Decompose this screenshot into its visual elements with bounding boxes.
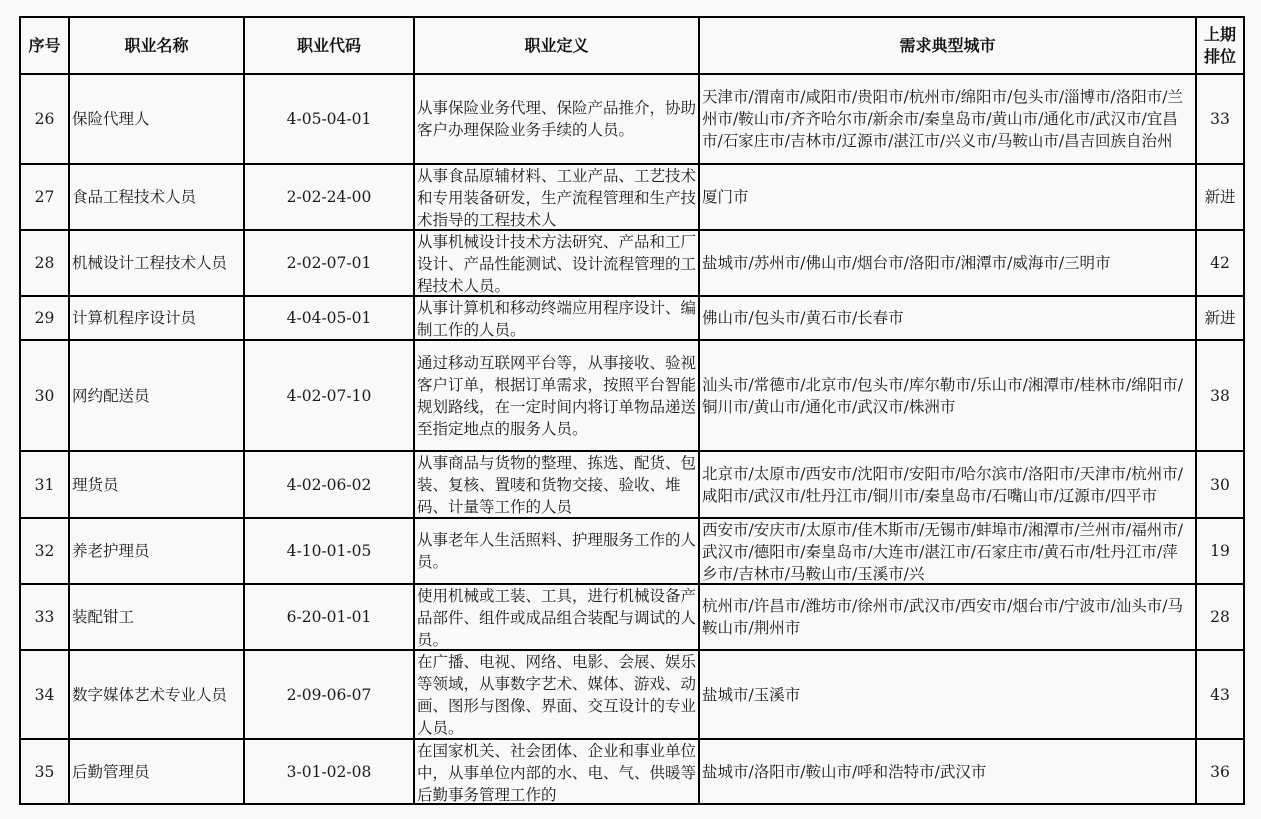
occupation-definition-cell: 从事机械设计技术方法研究、产品和工厂设计、产品性能测试、设计流程管理的工程技术人…	[414, 230, 699, 296]
typical-cities-cell: 杭州市/许昌市/潍坊市/徐州市/武汉市/西安市/烟台市/宁波市/汕头市/马鞍山市…	[699, 584, 1196, 650]
typical-cities: 杭州市/许昌市/潍坊市/徐州市/武汉市/西安市/烟台市/宁波市/汕头市/马鞍山市…	[702, 595, 1193, 639]
occupation-definition: 通过移动互联网平台等，从事接收、验视客户订单，根据订单需求，按照平台智能规划路线…	[417, 352, 696, 440]
serial-number-cell: 35	[20, 739, 69, 804]
occupation-name: 机械设计工程技术人员	[72, 254, 227, 272]
occupation-name-cell: 计算机程序设计员	[69, 296, 244, 340]
occupation-code-cell: 4-02-06-02	[244, 451, 414, 518]
serial-number-cell: 30	[20, 340, 69, 451]
previous-rank: 28	[1210, 608, 1230, 626]
occupation-name-cell: 养老护理员	[69, 518, 244, 584]
table-row: 29 计算机程序设计员 4-04-05-01 从事计算机和移动终端应用程序设计、…	[20, 296, 1244, 340]
occupation-definition-cell: 从事计算机和移动终端应用程序设计、编制工作的人员。	[414, 296, 699, 340]
occupation-definition: 从事食品原辅材料、工业产品、工艺技术和专用装备研发，生产流程管理和生产技术指导的…	[417, 165, 696, 229]
table-body: 26 保险代理人 4-05-04-01 从事保险业务代理、保险产品推介，协助客户…	[20, 74, 1244, 804]
header-previous-rank: 上期排位	[1196, 17, 1244, 74]
occupation-code: 4-05-04-01	[287, 110, 372, 128]
typical-cities: 盐城市/洛阳市/鞍山市/呼和浩特市/武汉市	[702, 761, 1193, 783]
serial-number: 34	[35, 686, 55, 704]
occupation-definition: 在国家机关、社会团体、企业和事业单位中，从事单位内部的水、电、气、供暖等后勤事务…	[417, 740, 696, 803]
occupation-code: 4-10-01-05	[287, 542, 372, 560]
typical-cities: 盐城市/苏州市/佛山市/烟台市/洛阳市/湘潭市/威海市/三明市	[702, 252, 1193, 274]
typical-cities: 厦门市	[702, 186, 1193, 208]
occupation-demand-table-page: 序号 职业名称 职业代码 职业定义 需求典型城市 上期排位 26 保险代理人 4…	[19, 16, 1245, 805]
occupation-name-cell: 保险代理人	[69, 74, 244, 164]
table-row: 32 养老护理员 4-10-01-05 从事老年人生活照料、护理服务工作的人员。…	[20, 518, 1244, 584]
occupation-code-cell: 2-02-07-01	[244, 230, 414, 296]
table-row: 26 保险代理人 4-05-04-01 从事保险业务代理、保险产品推介，协助客户…	[20, 74, 1244, 164]
occupation-name-cell: 装配钳工	[69, 584, 244, 650]
table-row: 27 食品工程技术人员 2-02-24-00 从事食品原辅材料、工业产品、工艺技…	[20, 164, 1244, 230]
serial-number: 35	[35, 763, 55, 781]
occupation-name-cell: 机械设计工程技术人员	[69, 230, 244, 296]
serial-number-cell: 28	[20, 230, 69, 296]
occupation-definition-cell: 从事食品原辅材料、工业产品、工艺技术和专用装备研发，生产流程管理和生产技术指导的…	[414, 164, 699, 230]
occupation-definition-cell: 通过移动互联网平台等，从事接收、验视客户订单，根据订单需求，按照平台智能规划路线…	[414, 340, 699, 451]
typical-cities-cell: 盐城市/玉溪市	[699, 650, 1196, 739]
typical-cities: 天津市/渭南市/咸阳市/贵阳市/杭州市/绵阳市/包头市/淄博市/洛阳市/兰州市/…	[702, 86, 1193, 152]
occupation-code-cell: 4-05-04-01	[244, 74, 414, 164]
occupation-name: 后勤管理员	[72, 763, 150, 781]
occupation-code: 3-01-02-08	[287, 763, 372, 781]
serial-number-cell: 34	[20, 650, 69, 739]
occupation-definition-cell: 在国家机关、社会团体、企业和事业单位中，从事单位内部的水、电、气、供暖等后勤事务…	[414, 739, 699, 804]
typical-cities: 汕头市/常德市/北京市/包头市/库尔勒市/乐山市/湘潭市/桂林市/绵阳市/铜川市…	[702, 374, 1193, 418]
serial-number-cell: 32	[20, 518, 69, 584]
occupation-name-cell: 数字媒体艺术专业人员	[69, 650, 244, 739]
serial-number: 26	[35, 110, 55, 128]
occupation-definition-cell: 从事商品与货物的整理、拣选、配货、包装、复核、置唛和货物交接、验收、堆码、计量等…	[414, 451, 699, 518]
serial-number-cell: 27	[20, 164, 69, 230]
previous-rank-cell: 28	[1196, 584, 1244, 650]
typical-cities-cell: 佛山市/包头市/黄石市/长春市	[699, 296, 1196, 340]
previous-rank-cell: 43	[1196, 650, 1244, 739]
table-row: 30 网约配送员 4-02-07-10 通过移动互联网平台等，从事接收、验视客户…	[20, 340, 1244, 451]
occupation-name: 保险代理人	[72, 110, 150, 128]
previous-rank-cell: 30	[1196, 451, 1244, 518]
serial-number: 32	[35, 542, 55, 560]
occupation-code: 2-02-24-00	[287, 188, 372, 206]
occupation-code-cell: 4-10-01-05	[244, 518, 414, 584]
previous-rank: 33	[1210, 110, 1230, 128]
serial-number-cell: 29	[20, 296, 69, 340]
occupation-definition: 在广播、电视、网络、电影、会展、娱乐等领域，从事数字艺术、媒体、游戏、动画、图形…	[417, 651, 696, 738]
table-row: 33 装配钳工 6-20-01-01 使用机械或工装、工具，进行机械设备产品部件…	[20, 584, 1244, 650]
occupation-name: 食品工程技术人员	[72, 188, 196, 206]
previous-rank: 42	[1210, 254, 1230, 272]
occupation-definition: 从事计算机和移动终端应用程序设计、编制工作的人员。	[417, 297, 696, 339]
occupation-name: 装配钳工	[72, 608, 134, 626]
occupation-definition-cell: 从事老年人生活照料、护理服务工作的人员。	[414, 518, 699, 584]
serial-number: 30	[35, 387, 55, 405]
typical-cities-cell: 盐城市/洛阳市/鞍山市/呼和浩特市/武汉市	[699, 739, 1196, 804]
occupation-code: 2-09-06-07	[287, 686, 372, 704]
typical-cities: 北京市/太原市/西安市/沈阳市/安阳市/哈尔滨市/洛阳市/天津市/杭州市/咸阳市…	[702, 463, 1193, 507]
occupation-code-cell: 4-02-07-10	[244, 340, 414, 451]
previous-rank-cell: 36	[1196, 739, 1244, 804]
occupation-code: 4-04-05-01	[287, 309, 372, 327]
occupation-definition-cell: 在广播、电视、网络、电影、会展、娱乐等领域，从事数字艺术、媒体、游戏、动画、图形…	[414, 650, 699, 739]
previous-rank-cell: 38	[1196, 340, 1244, 451]
serial-number-cell: 33	[20, 584, 69, 650]
occupation-name: 计算机程序设计员	[72, 309, 196, 327]
occupation-name: 养老护理员	[72, 542, 150, 560]
occupation-name-cell: 食品工程技术人员	[69, 164, 244, 230]
typical-cities: 盐城市/玉溪市	[702, 684, 1193, 706]
typical-cities-cell: 北京市/太原市/西安市/沈阳市/安阳市/哈尔滨市/洛阳市/天津市/杭州市/咸阳市…	[699, 451, 1196, 518]
occupation-definition: 从事商品与货物的整理、拣选、配货、包装、复核、置唛和货物交接、验收、堆码、计量等…	[417, 452, 696, 517]
typical-cities: 佛山市/包头市/黄石市/长春市	[702, 307, 1193, 329]
header-occupation-code: 职业代码	[244, 17, 414, 74]
previous-rank: 38	[1210, 387, 1230, 405]
previous-rank-cell: 42	[1196, 230, 1244, 296]
serial-number: 33	[35, 608, 55, 626]
table-header-row: 序号 职业名称 职业代码 职业定义 需求典型城市 上期排位	[20, 17, 1244, 74]
previous-rank: 43	[1210, 686, 1230, 704]
typical-cities-cell: 汕头市/常德市/北京市/包头市/库尔勒市/乐山市/湘潭市/桂林市/绵阳市/铜川市…	[699, 340, 1196, 451]
table-row: 35 后勤管理员 3-01-02-08 在国家机关、社会团体、企业和事业单位中，…	[20, 739, 1244, 804]
previous-rank: 新进	[1204, 309, 1235, 327]
occupation-name: 网约配送员	[72, 387, 150, 405]
occupation-code-cell: 2-09-06-07	[244, 650, 414, 739]
occupation-demand-table: 序号 职业名称 职业代码 职业定义 需求典型城市 上期排位 26 保险代理人 4…	[19, 16, 1245, 805]
serial-number: 27	[35, 188, 55, 206]
previous-rank: 30	[1210, 476, 1230, 494]
previous-rank-cell: 新进	[1196, 296, 1244, 340]
serial-number: 31	[35, 476, 55, 494]
occupation-code: 6-20-01-01	[287, 608, 372, 626]
typical-cities-cell: 天津市/渭南市/咸阳市/贵阳市/杭州市/绵阳市/包头市/淄博市/洛阳市/兰州市/…	[699, 74, 1196, 164]
occupation-code-cell: 2-02-24-00	[244, 164, 414, 230]
header-typical-cities: 需求典型城市	[699, 17, 1196, 74]
header-serial-number: 序号	[20, 17, 69, 74]
typical-cities-cell: 盐城市/苏州市/佛山市/烟台市/洛阳市/湘潭市/威海市/三明市	[699, 230, 1196, 296]
header-occupation-name: 职业名称	[69, 17, 244, 74]
table-row: 28 机械设计工程技术人员 2-02-07-01 从事机械设计技术方法研究、产品…	[20, 230, 1244, 296]
occupation-code: 2-02-07-01	[287, 254, 372, 272]
typical-cities-cell: 西安市/安庆市/太原市/佳木斯市/无锡市/蚌埠市/湘潭市/兰州市/福州市/武汉市…	[699, 518, 1196, 584]
occupation-name-cell: 理货员	[69, 451, 244, 518]
previous-rank: 19	[1210, 542, 1230, 560]
table-row: 34 数字媒体艺术专业人员 2-09-06-07 在广播、电视、网络、电影、会展…	[20, 650, 1244, 739]
occupation-code: 4-02-06-02	[287, 476, 372, 494]
previous-rank-cell: 19	[1196, 518, 1244, 584]
occupation-definition: 从事保险业务代理、保险产品推介，协助客户办理保险业务手续的人员。	[417, 97, 696, 141]
table-row: 31 理货员 4-02-06-02 从事商品与货物的整理、拣选、配货、包装、复核…	[20, 451, 1244, 518]
occupation-name-cell: 网约配送员	[69, 340, 244, 451]
typical-cities: 西安市/安庆市/太原市/佳木斯市/无锡市/蚌埠市/湘潭市/兰州市/福州市/武汉市…	[702, 519, 1193, 583]
previous-rank: 36	[1210, 763, 1230, 781]
occupation-code-cell: 6-20-01-01	[244, 584, 414, 650]
occupation-definition: 从事老年人生活照料、护理服务工作的人员。	[417, 529, 696, 573]
serial-number-cell: 26	[20, 74, 69, 164]
header-occupation-definition: 职业定义	[414, 17, 699, 74]
previous-rank: 新进	[1204, 188, 1235, 206]
serial-number: 28	[35, 254, 55, 272]
serial-number-cell: 31	[20, 451, 69, 518]
occupation-name: 数字媒体艺术专业人员	[72, 686, 227, 704]
occupation-name-cell: 后勤管理员	[69, 739, 244, 804]
occupation-definition: 使用机械或工装、工具，进行机械设备产品部件、组件或成品组合装配与调试的人员。	[417, 585, 696, 649]
typical-cities-cell: 厦门市	[699, 164, 1196, 230]
occupation-code-cell: 4-04-05-01	[244, 296, 414, 340]
occupation-definition-cell: 使用机械或工装、工具，进行机械设备产品部件、组件或成品组合装配与调试的人员。	[414, 584, 699, 650]
occupation-code-cell: 3-01-02-08	[244, 739, 414, 804]
occupation-definition: 从事机械设计技术方法研究、产品和工厂设计、产品性能测试、设计流程管理的工程技术人…	[417, 231, 696, 295]
serial-number: 29	[35, 309, 55, 327]
previous-rank-cell: 33	[1196, 74, 1244, 164]
occupation-name: 理货员	[72, 476, 119, 494]
occupation-definition-cell: 从事保险业务代理、保险产品推介，协助客户办理保险业务手续的人员。	[414, 74, 699, 164]
occupation-code: 4-02-07-10	[287, 387, 372, 405]
previous-rank-cell: 新进	[1196, 164, 1244, 230]
